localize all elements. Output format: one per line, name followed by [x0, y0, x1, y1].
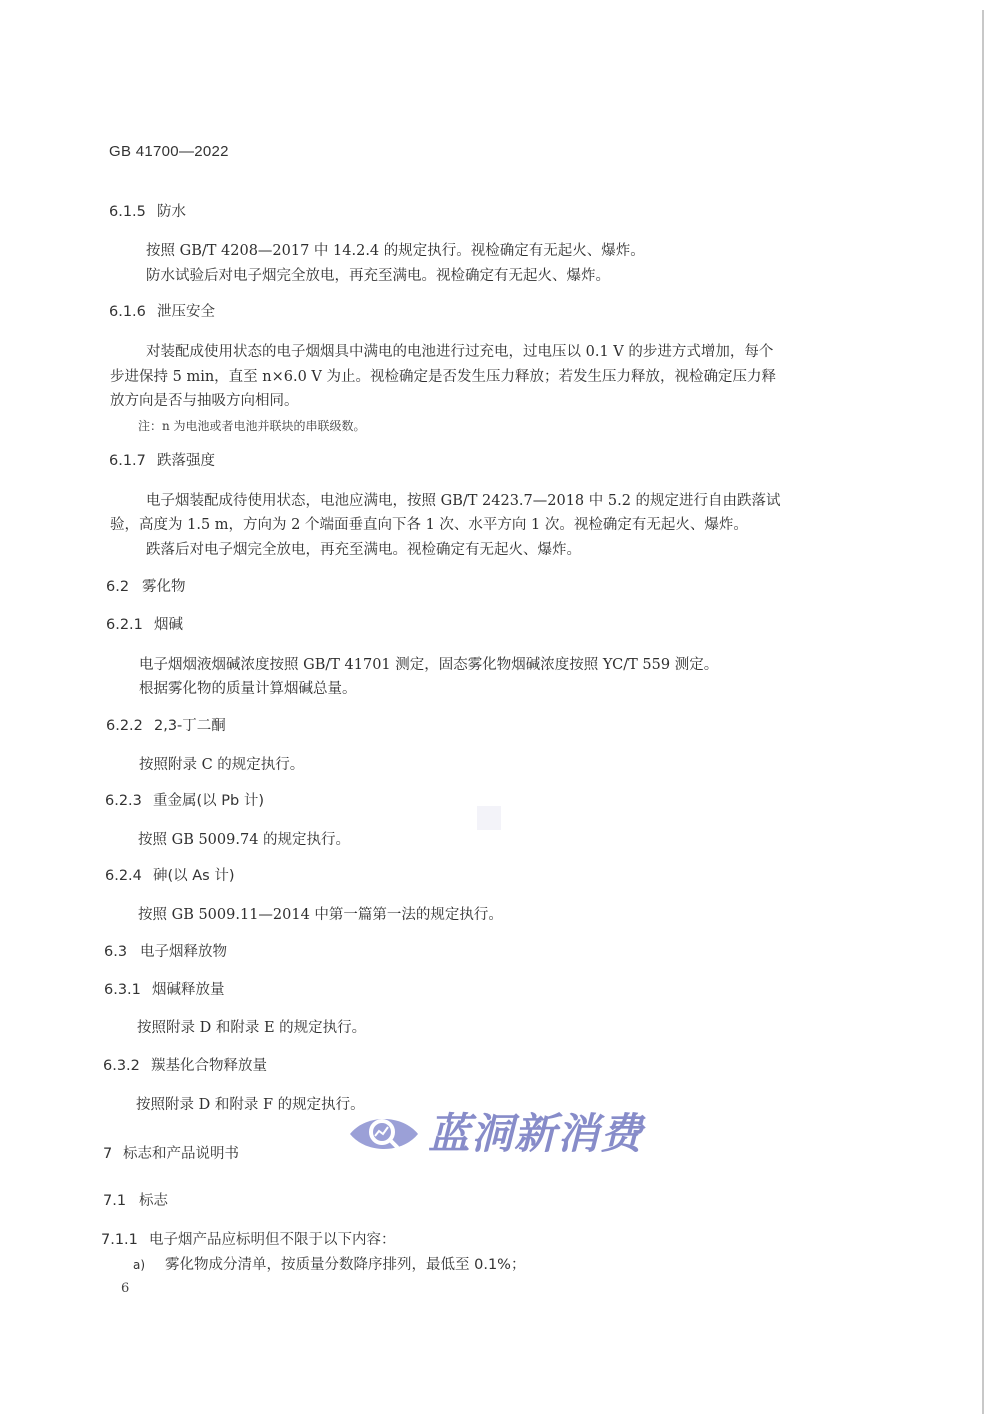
section-heading-7-1-1: 7.1.1电子烟产品应标明但不限于以下内容：	[101, 1230, 396, 1250]
list-item-a: a)雾化物成分清单，按质量分数降序排列，最低至 0.1%；	[133, 1255, 525, 1275]
section-number: 6.3	[104, 942, 140, 962]
watermark: 蓝洞新消费	[348, 1106, 643, 1162]
section-heading-6-2-3: 6.2.3重金属(以 Pb 计)	[105, 791, 264, 811]
paragraph: 按照附录 C 的规定执行。	[139, 755, 304, 775]
section-heading-6-1-7: 6.1.7跌落强度	[109, 451, 215, 471]
paragraph: 对装配成使用状态的电子烟烟具中满电的电池进行过充电，过电压以 0.1 V 的步进…	[146, 342, 773, 362]
section-heading-6-3-2: 6.3.2羰基化合物释放量	[103, 1056, 267, 1076]
section-number: 6.3.2	[103, 1056, 151, 1076]
paragraph: 电子烟装配成待使用状态，电池应满电，按照 GB/T 2423.7—2018 中 …	[146, 491, 781, 511]
section-heading-6-3-1: 6.3.1烟碱释放量	[104, 980, 225, 1000]
page-edge-line	[982, 10, 984, 1414]
section-number: 6.2.3	[105, 791, 153, 811]
paragraph: 按照附录 D 和附录 E 的规定执行。	[137, 1018, 366, 1038]
section-number: 7	[103, 1144, 123, 1164]
paragraph: 步进保持 5 min，直至 n×6.0 V 为止。视检确定是否发生压力释放；若发…	[110, 367, 776, 387]
scan-artifact	[477, 806, 501, 830]
list-marker: a)	[133, 1255, 165, 1275]
section-title: 泄压安全	[157, 304, 215, 320]
section-heading-6-2-1: 6.2.1烟碱	[106, 615, 183, 635]
watermark-text: 蓝洞新消费	[428, 1106, 643, 1162]
page-number: 6	[121, 1281, 129, 1296]
paragraph: 按照附录 D 和附录 F 的规定执行。	[136, 1095, 365, 1115]
section-title: 2,3-丁二酮	[154, 718, 226, 734]
section-title: 烟碱	[154, 617, 183, 633]
section-heading-6-2: 6.2雾化物	[106, 577, 186, 597]
list-item-text: 雾化物成分清单，按质量分数降序排列，最低至 0.1%；	[165, 1257, 525, 1273]
section-number: 7.1	[103, 1191, 139, 1211]
section-heading-6-1-5: 6.1.5防水	[109, 202, 186, 222]
section-title: 电子烟产品应标明但不限于以下内容：	[149, 1232, 396, 1248]
section-number: 6.1.7	[109, 451, 157, 471]
paragraph: 电子烟烟液烟碱浓度按照 GB/T 41701 测定，固态雾化物烟碱浓度按照 YC…	[139, 655, 718, 675]
section-title: 跌落强度	[157, 453, 215, 469]
section-title: 标志和产品说明书	[123, 1146, 239, 1162]
section-title: 砷(以 As 计)	[153, 868, 235, 884]
section-number: 6.1.6	[109, 302, 157, 322]
paragraph: 按照 GB 5009.74 的规定执行。	[138, 830, 350, 850]
section-number: 6.2.4	[105, 866, 153, 886]
section-title: 重金属(以 Pb 计)	[153, 793, 264, 809]
section-number: 7.1.1	[101, 1230, 149, 1250]
paragraph: 根据雾化物的质量计算烟碱总量。	[139, 679, 357, 699]
paragraph: 按照 GB/T 4208—2017 中 14.2.4 的规定执行。视检确定有无起…	[146, 241, 645, 261]
paragraph: 验，高度为 1.5 m，方向为 2 个端面垂直向下各 1 次、水平方向 1 次。…	[110, 515, 748, 535]
section-number: 6.3.1	[104, 980, 152, 1000]
section-title: 防水	[157, 204, 186, 220]
section-title: 标志	[139, 1193, 168, 1209]
paragraph: 防水试验后对电子烟完全放电，再充至满电。视检确定有无起火、爆炸。	[146, 266, 610, 286]
section-number: 6.2.2	[106, 716, 154, 736]
section-heading-7: 7标志和产品说明书	[103, 1144, 239, 1164]
section-title: 羰基化合物释放量	[151, 1058, 267, 1074]
section-title: 电子烟释放物	[140, 944, 227, 960]
section-title: 烟碱释放量	[152, 982, 225, 998]
section-number: 6.2	[106, 577, 142, 597]
note: 注：n 为电池或者电池并联块的串联级数。	[138, 416, 366, 436]
section-number: 6.1.5	[109, 202, 157, 222]
paragraph: 放方向是否与抽吸方向相同。	[110, 391, 299, 411]
section-heading-6-3: 6.3电子烟释放物	[104, 942, 227, 962]
paragraph: 按照 GB 5009.11—2014 中第一篇第一法的规定执行。	[138, 905, 503, 925]
paragraph: 跌落后对电子烟完全放电，再充至满电。视检确定有无起火、爆炸。	[146, 540, 581, 560]
section-heading-6-1-6: 6.1.6泄压安全	[109, 302, 215, 322]
section-heading-6-2-2: 6.2.22,3-丁二酮	[106, 716, 226, 736]
standard-id: GB 41700—2022	[109, 143, 229, 160]
section-title: 雾化物	[142, 579, 186, 595]
eye-magnifier-chart-icon	[348, 1112, 420, 1156]
section-heading-7-1: 7.1标志	[103, 1191, 168, 1211]
section-number: 6.2.1	[106, 615, 154, 635]
section-heading-6-2-4: 6.2.4砷(以 As 计)	[105, 866, 235, 886]
